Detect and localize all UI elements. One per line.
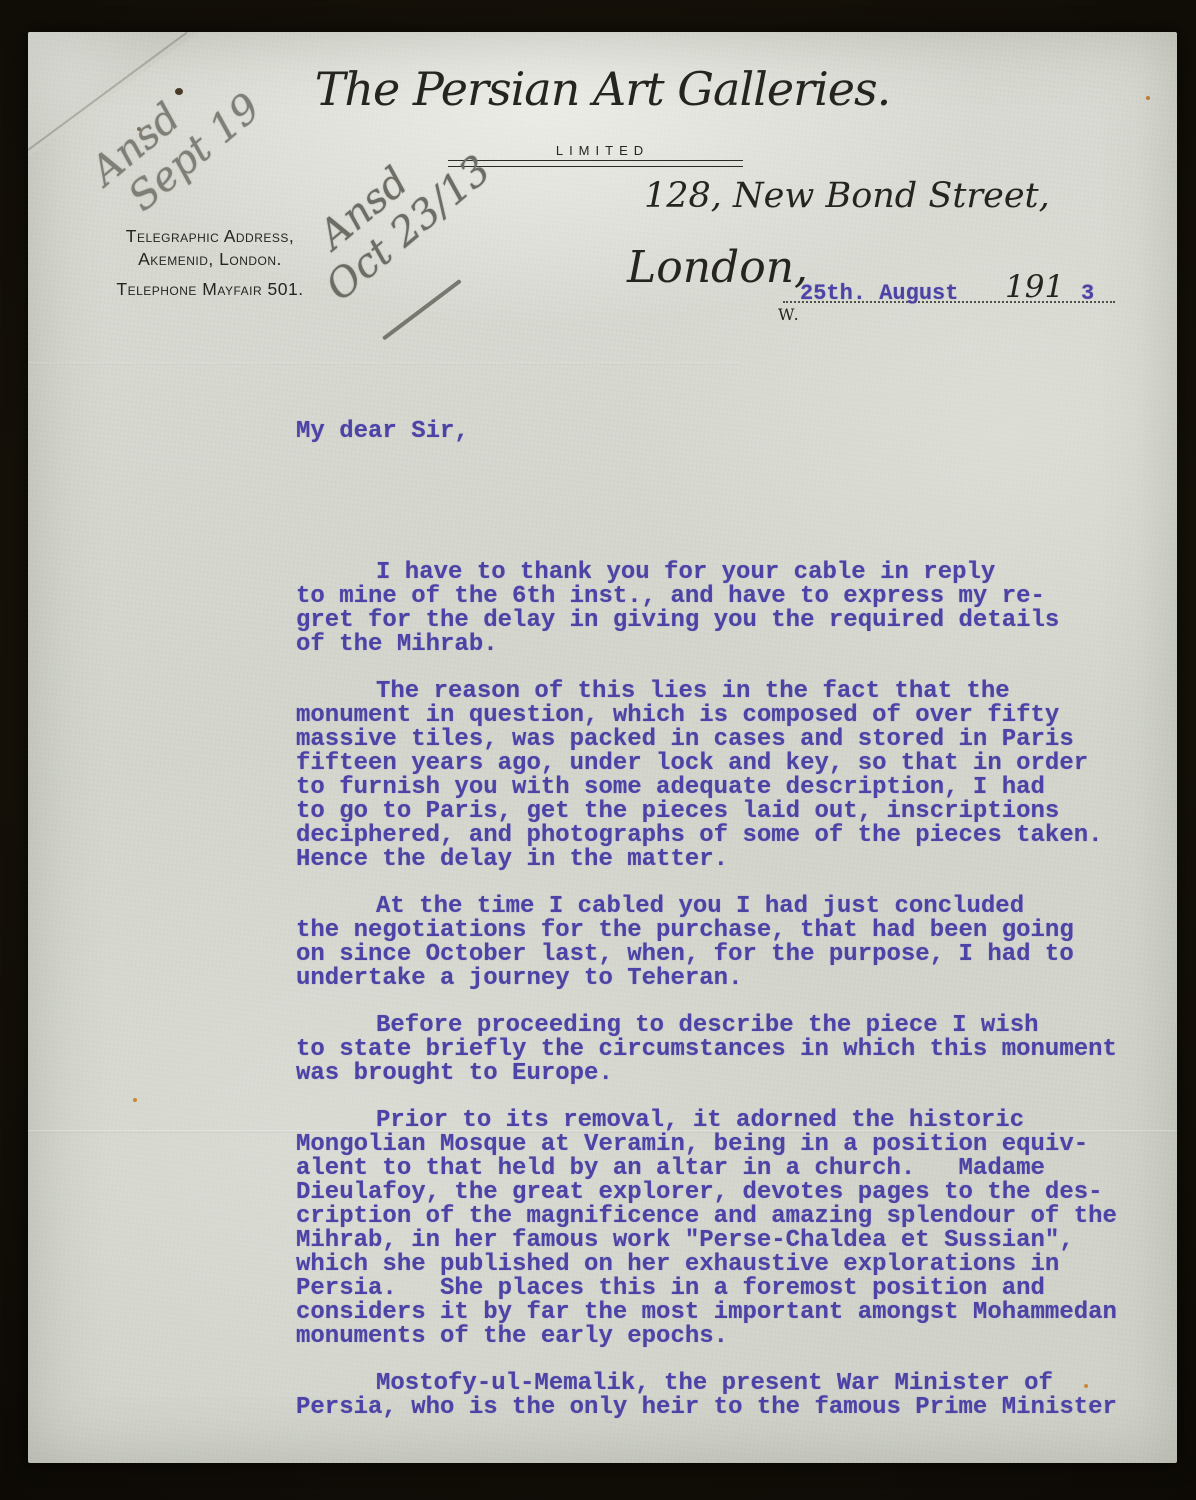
letter-line: to furnish you with some adequate descri…	[296, 776, 1136, 800]
letter-line: to state briefly the circumstances in wh…	[296, 1038, 1136, 1062]
letter-paragraph: Prior to its removal, it adorned the his…	[296, 1109, 1136, 1349]
telegraphic-address-line2: Akemenid, London.	[94, 248, 326, 271]
salutation: My dear Sir,	[296, 420, 1136, 444]
letter-line: deciphered, and photographs of some of t…	[296, 824, 1136, 848]
letter-line: to mine of the 6th inst., and have to ex…	[296, 585, 1136, 609]
letter-line: Mostofy-ul-Memalik, the present War Mini…	[296, 1372, 1136, 1396]
pencil-slash-mark	[382, 279, 462, 340]
letter-line: which she published on her exhaustive ex…	[296, 1253, 1136, 1277]
paper-speck	[175, 88, 183, 95]
letter-line: considers it by far the most important a…	[296, 1301, 1136, 1325]
city-name: London,	[627, 242, 808, 293]
letter-line: The reason of this lies in the fact that…	[296, 680, 1136, 704]
telegraphic-address-line1: Telegraphic Address,	[94, 225, 326, 248]
paper-speck	[1146, 96, 1150, 100]
letter-line: massive tiles, was packed in cases and s…	[296, 728, 1136, 752]
letter-line: of the Mihrab.	[296, 633, 1136, 657]
letter-line: Before proceeding to describe the piece …	[296, 1014, 1136, 1038]
letter-body: My dear Sir, I have to thank you for you…	[296, 372, 1136, 1443]
letter-line: Prior to its removal, it adorned the his…	[296, 1109, 1136, 1133]
double-rule	[448, 160, 743, 167]
annotation-answered-oct: Ansd Oct 23/13	[311, 114, 499, 291]
letter-line: monuments of the early epochs.	[296, 1325, 1136, 1349]
letter-line: Mihrab, in her famous work "Perse-Chalde…	[296, 1229, 1136, 1253]
letter-paragraph: At the time I cabled you I had just conc…	[296, 895, 1136, 991]
contact-block: Telegraphic Address, Akemenid, London. T…	[94, 225, 326, 301]
letter-line: At the time I cabled you I had just conc…	[296, 895, 1136, 919]
letter-line: cription of the magnificence and amazing…	[296, 1205, 1136, 1229]
letter-line: the negotiations for the purchase, that …	[296, 919, 1136, 943]
street-address: 128, New Bond Street,	[644, 176, 1050, 216]
horizontal-crease-faint	[28, 362, 740, 365]
letter-line: on since October last, when, for the pur…	[296, 943, 1136, 967]
letter-paragraph: I have to thank you for your cable in re…	[296, 561, 1136, 657]
typed-year-digit: 3	[1081, 281, 1094, 306]
letter-line: Persia, who is the only heir to the famo…	[296, 1396, 1136, 1420]
letter-line: fifteen years ago, under lock and key, s…	[296, 752, 1136, 776]
letter-line: I have to thank you for your cable in re…	[296, 561, 1136, 585]
letter-line: alent to that held by an altar in a chur…	[296, 1157, 1136, 1181]
letter-line: undertake a journey to Teheran.	[296, 967, 1136, 991]
letter-line: was brought to Europe.	[296, 1062, 1136, 1086]
letter-line: Mongolian Mosque at Veramin, being in a …	[296, 1133, 1136, 1157]
paper-speck	[137, 127, 141, 131]
letter-paragraph: Before proceeding to describe the piece …	[296, 1014, 1136, 1086]
typed-date: 25th. August	[800, 281, 958, 306]
postal-district: W.	[778, 305, 801, 324]
printed-year-prefix: 191	[1005, 269, 1064, 305]
letter-line: Dieulafoy, the great explorer, devotes p…	[296, 1181, 1136, 1205]
letter-paragraph: The reason of this lies in the fact that…	[296, 680, 1136, 872]
paper-speck	[133, 1098, 137, 1102]
letter-paper: The Persian Art Galleries. Limited Teleg…	[28, 32, 1177, 1463]
letter-line: Persia. She places this in a foremost po…	[296, 1277, 1136, 1301]
letter-line: monument in question, which is composed …	[296, 704, 1136, 728]
letter-line: Hence the delay in the matter.	[296, 848, 1136, 872]
letter-line: gret for the delay in giving you the req…	[296, 609, 1136, 633]
letter-paragraph: Mostofy-ul-Memalik, the present War Mini…	[296, 1372, 1136, 1420]
photo-background: { "colors": { "background": "#17130e", "…	[0, 0, 1196, 1500]
telephone-line: Telephone Mayfair 501.	[94, 278, 326, 301]
letter-line: to go to Paris, get the pieces laid out,…	[296, 800, 1136, 824]
